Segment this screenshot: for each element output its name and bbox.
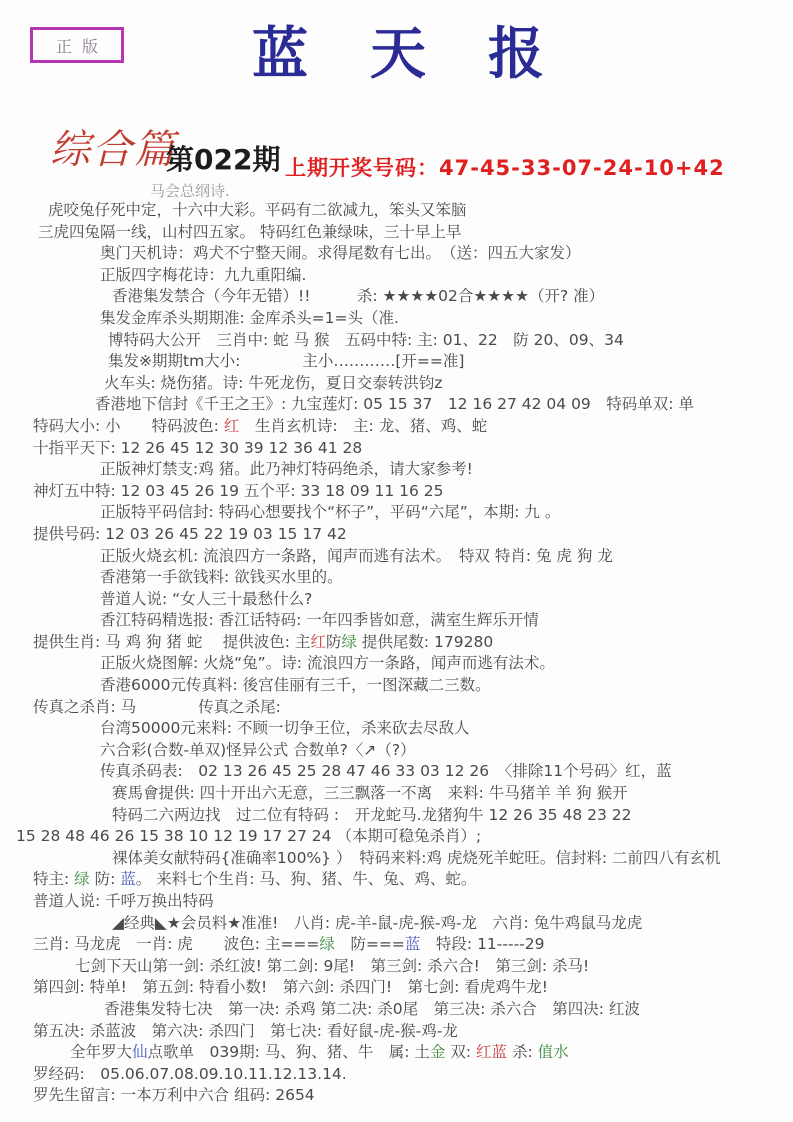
text-line: 特码大小: 小 特码波色: 红 生肖玄机诗: 主: 龙、猪、鸡、蛇 <box>0 416 793 438</box>
text-line: 第五决: 杀蓝波 第六决: 杀四门 第七决: 看好鼠-虎-猴-鸡-龙 <box>0 1021 793 1043</box>
text-run: 绿 <box>74 870 90 888</box>
text-run: 仙 <box>132 1043 148 1061</box>
text-line: 第四剑: 特单! 第五剑: 特看小数! 第六剑: 杀四门! 第七剑: 看虎鸡牛龙… <box>0 977 793 999</box>
text-run: 香港6000元传真料: 後宫佳丽有三千，一图深藏二三数。 <box>100 676 491 694</box>
text-line: 虎咬兔仔死中定，十六中大彩。平码有二欲减九，笨头又笨脑 <box>0 200 793 222</box>
text-run: 全年罗大 <box>70 1043 132 1061</box>
text-run: 正版特平码信封: 特码心想要找个“杯子”，平码“六尾”，本期: 九 。 <box>100 503 560 521</box>
text-line: 香港集发禁合（今年无错）!! 杀: ★★★★02合★★★★（开? 准） <box>0 286 793 308</box>
text-line: 台湾50000元来料: 不顾一切争王位，杀来砍去尽敌人 <box>0 718 793 740</box>
text-run: 集发金库杀头期期准: 金库杀头=1=头（准. <box>100 309 399 327</box>
text-line: 传真之杀肖: 马 传真之杀尾: <box>0 697 793 719</box>
text-line: 正版特平码信封: 特码心想要找个“杯子”，平码“六尾”，本期: 九 。 <box>0 502 793 524</box>
text-line: 奥门天机诗：鸡犬不宁整天闹。求得尾数有七出。 （送：四五大家发） <box>0 243 793 265</box>
text-run: 提供尾数: 179280 <box>357 633 493 651</box>
text-line: 香港地下信封《千王之王》: 九宝莲灯: 05 15 37 12 16 27 42… <box>0 394 793 416</box>
text-line: 香江特码精选报: 香江话特码: 一年四季皆如意，满室生辉乐开情 <box>0 610 793 632</box>
text-line: 普道人说: 千呼万换出特码 <box>0 891 793 913</box>
text-run: 集发※期期tm大小: 主小…………[开==准] <box>108 352 464 370</box>
text-line: 香港第一手欲钱料: 欲钱买水里的。 <box>0 567 793 589</box>
text-line: 全年罗大仙点歌单 039期: 马、狗、猪、牛 属: 土金 双: 红蓝 杀: 值水 <box>0 1042 793 1064</box>
edition-badge: 正版 <box>30 27 124 63</box>
text-run: 正版四字梅花诗：九九重阳编. <box>100 266 306 284</box>
text-run: 台湾50000元来料: 不顾一切争王位，杀来砍去尽敌人 <box>100 719 469 737</box>
text-run: 特码大小: 小 特码波色: <box>33 417 224 435</box>
text-run: 赛馬會提供: 四十开出六无意，三三飘落一不离 来料: 牛马猪羊 羊 狗 猴开 <box>112 784 628 802</box>
text-run: 防 <box>326 633 342 651</box>
text-line: 传真杀码表: 02 13 26 45 25 28 47 46 33 03 12 … <box>0 761 793 783</box>
text-run: 罗先生留言: 一本万利中六合 组码: 2654 <box>33 1086 315 1104</box>
text-run: 三虎四兔隔一线，山村四五家。 特码红色兼绿味，三十早上早 <box>38 223 461 241</box>
text-line: 赛馬會提供: 四十开出六无意，三三飘落一不离 来料: 牛马猪羊 羊 狗 猴开 <box>0 783 793 805</box>
text-line: 集发※期期tm大小: 主小…………[开==准] <box>0 351 793 373</box>
text-run: 罗经码: 05.06.07.08.09.10.11.12.13.14. <box>33 1065 347 1083</box>
text-line: 正版四字梅花诗：九九重阳编. <box>0 265 793 287</box>
text-run: 七剑下天山第一剑: 杀红波! 第二剑: 9尾! 第三剑: 杀六合! 第三剑: 杀… <box>75 957 589 975</box>
text-run: 火车头: 烧伤猪。诗: 牛死龙伤，夏日交泰转洪钧z <box>104 374 442 392</box>
text-run: 红 <box>224 417 240 435</box>
text-run: 第五决: 杀蓝波 第六决: 杀四门 第七决: 看好鼠-虎-猴-鸡-龙 <box>33 1022 458 1040</box>
text-line: 集发金库杀头期期准: 金库杀头=1=头（准. <box>0 308 793 330</box>
text-run: 香港集发特七决 第一决: 杀鸡 第二决: 杀0尾 第三决: 杀六合 第四决: 红… <box>104 1000 640 1018</box>
text-line: 15 28 48 46 26 15 38 10 12 19 17 27 24 （… <box>0 826 793 848</box>
text-run: 红 <box>310 633 326 651</box>
text-run: 特主: <box>33 870 74 888</box>
text-run: 防: <box>90 870 121 888</box>
text-run: 特段: 11-----29 <box>420 935 544 953</box>
text-run: 十指平天下: 12 26 45 12 30 39 12 36 41 28 <box>33 439 362 457</box>
text-run: 普道人说: “女人三十最愁什么? <box>100 590 312 608</box>
text-run: 香江特码精选报: 香江话特码: 一年四季皆如意，满室生辉乐开情 <box>100 611 539 629</box>
text-line: 香港集发特七决 第一决: 杀鸡 第二决: 杀0尾 第三决: 杀六合 第四决: 红… <box>0 999 793 1021</box>
text-run: 15 28 48 46 26 15 38 10 12 19 17 27 24 （… <box>16 827 481 845</box>
text-run: 杀: <box>507 1043 538 1061</box>
text-run: 博特码大公开 三肖中: 蛇 马 猴 五码中特: 主: 01、22 防 20、09… <box>108 331 624 349</box>
text-run: 点歌单 039期: 马、狗、猪、牛 属: 土 <box>148 1043 430 1061</box>
text-line: 特主: 绿 防: 蓝。 来料七个生肖: 马、狗、猪、牛、兔、鸡、蛇。 <box>0 869 793 891</box>
text-line: 提供生肖: 马 鸡 狗 猪 蛇 提供波色: 主红防绿 提供尾数: 179280 <box>0 632 793 654</box>
edition-badge-label: 正版 <box>56 34 108 57</box>
text-line: ◢经典◣★会员料★准准! 八肖: 虎-羊-鼠-虎-猴-鸡-龙 六肖: 兔牛鸡鼠马… <box>0 913 793 935</box>
newspaper-page: 正版 蓝天报 综合篇 第022期 上期开奖号码：47-45-33-07-24-1… <box>0 0 793 1122</box>
text-line: 三肖: 马龙虎 一肖: 虎 波色: 主===绿 防===蓝 特段: 11----… <box>0 934 793 956</box>
text-run: 香港集发禁合（今年无错）!! 杀: ★★★★02合★★★★（开? 准） <box>112 287 604 305</box>
text-run: 双: <box>445 1043 476 1061</box>
text-run: 生肖玄机诗: 主: 龙、猪、鸡、蛇 <box>239 417 487 435</box>
text-run: 虎咬兔仔死中定，十六中大彩。平码有二欲减九，笨头又笨脑 <box>48 201 467 219</box>
text-run: 红蓝 <box>476 1043 507 1061</box>
text-run: ◢经典◣★会员料★准准! 八肖: 虎-羊-鼠-虎-猴-鸡-龙 六肖: 兔牛鸡鼠马… <box>112 914 642 932</box>
text-run: 值水 <box>538 1043 569 1061</box>
text-run: 裸体美女献特码{准确率100%} ） 特码来料:鸡 虎烧死羊蛇旺。信封料: 二前… <box>112 849 721 867</box>
text-run: 香港第一手欲钱料: 欲钱买水里的。 <box>100 568 343 586</box>
text-run: 特码二六两边找 过二位有特码 : 开龙蛇马.龙猪狗牛 12 26 35 48 2… <box>112 806 631 824</box>
text-run: 奥门天机诗：鸡犬不宁整天闹。求得尾数有七出。 （送：四五大家发） <box>100 244 581 262</box>
text-run: 金 <box>430 1043 446 1061</box>
text-line: 博特码大公开 三肖中: 蛇 马 猴 五码中特: 主: 01、22 防 20、09… <box>0 330 793 352</box>
text-line: 六合彩(合数-单双)怪异公式 合数单?〈↗（?） <box>0 740 793 762</box>
text-run: 正版火烧玄机: 流浪四方一条路，闻声而逃有法术。 特双 特肖: 兔 虎 狗 龙 <box>100 547 613 565</box>
text-run: 神灯五中特: 12 03 45 26 19 五个平: 33 18 09 11 1… <box>33 482 444 500</box>
text-line: 罗先生留言: 一本万利中六合 组码: 2654 <box>0 1085 793 1107</box>
text-run: 六合彩(合数-单双)怪异公式 合数单?〈↗（?） <box>100 741 416 759</box>
text-run: 第四剑: 特单! 第五剑: 特看小数! 第六剑: 杀四门! 第七剑: 看虎鸡牛龙… <box>33 978 548 996</box>
body-lines: 虎咬兔仔死中定，十六中大彩。平码有二欲减九，笨头又笨脑三虎四兔隔一线，山村四五家… <box>0 200 793 1107</box>
text-run: 蓝 <box>120 870 136 888</box>
text-line: 正版神灯禁支:鸡 猪。此乃神灯特码绝杀，请大家参考! <box>0 459 793 481</box>
text-line: 七剑下天山第一剑: 杀红波! 第二剑: 9尾! 第三剑: 杀六合! 第三剑: 杀… <box>0 956 793 978</box>
page-title: 蓝天报 <box>252 10 606 90</box>
text-run: 传真杀码表: 02 13 26 45 25 28 47 46 33 03 12 … <box>100 762 672 780</box>
text-line: 香港6000元传真料: 後宫佳丽有三千，一图深藏二三数。 <box>0 675 793 697</box>
text-run: 蓝 <box>405 935 421 953</box>
text-run: 传真之杀肖: 马 传真之杀尾: <box>33 698 281 716</box>
subtitle: 马会总纲诗. <box>150 180 230 201</box>
last-draw-numbers: 上期开奖号码：47-45-33-07-24-10+42 <box>285 152 725 182</box>
text-line: 三虎四兔隔一线，山村四五家。 特码红色兼绿味，三十早上早 <box>0 222 793 244</box>
text-line: 普道人说: “女人三十最愁什么? <box>0 589 793 611</box>
text-line: 十指平天下: 12 26 45 12 30 39 12 36 41 28 <box>0 438 793 460</box>
section-label: 综合篇 <box>50 118 176 175</box>
text-run: 提供生肖: 马 鸡 狗 猪 蛇 提供波色: 主 <box>33 633 310 651</box>
text-run: 香港地下信封《千王之王》: 九宝莲灯: 05 15 37 12 16 27 42… <box>95 395 694 413</box>
text-run: 普道人说: 千呼万换出特码 <box>33 892 214 910</box>
text-line: 正版火烧图解: 火烧“兔”。诗: 流浪四方一条路，闻声而逃有法术。 <box>0 653 793 675</box>
text-line: 罗经码: 05.06.07.08.09.10.11.12.13.14. <box>0 1064 793 1086</box>
text-run: 三肖: 马龙虎 一肖: 虎 波色: 主=== <box>33 935 319 953</box>
text-run: 正版神灯禁支:鸡 猪。此乃神灯特码绝杀，请大家参考! <box>100 460 473 478</box>
text-run: 绿 <box>341 633 357 651</box>
text-line: 裸体美女献特码{准确率100%} ） 特码来料:鸡 虎烧死羊蛇旺。信封料: 二前… <box>0 848 793 870</box>
text-line: 正版火烧玄机: 流浪四方一条路，闻声而逃有法术。 特双 特肖: 兔 虎 狗 龙 <box>0 546 793 568</box>
text-line: 特码二六两边找 过二位有特码 : 开龙蛇马.龙猪狗牛 12 26 35 48 2… <box>0 805 793 827</box>
text-line: 火车头: 烧伤猪。诗: 牛死龙伤，夏日交泰转洪钧z <box>0 373 793 395</box>
text-line: 提供号码: 12 03 26 45 22 19 03 15 17 42 <box>0 524 793 546</box>
text-line: 神灯五中特: 12 03 45 26 19 五个平: 33 18 09 11 1… <box>0 481 793 503</box>
text-run: 。 来料七个生肖: 马、狗、猪、牛、兔、鸡、蛇。 <box>136 870 477 888</box>
issue-number: 第022期 <box>166 138 280 178</box>
text-run: 绿 <box>319 935 335 953</box>
text-run: 提供号码: 12 03 26 45 22 19 03 15 17 42 <box>33 525 347 543</box>
text-run: 防=== <box>335 935 405 953</box>
text-run: 正版火烧图解: 火烧“兔”。诗: 流浪四方一条路，闻声而逃有法术。 <box>100 654 555 672</box>
